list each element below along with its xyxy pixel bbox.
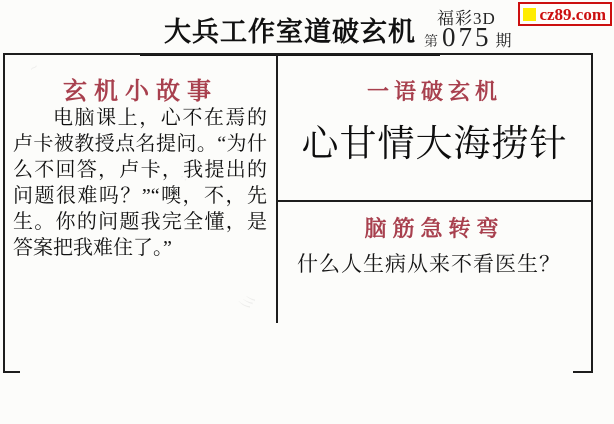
site-logo: cz89.com xyxy=(518,2,612,26)
issue-prefix: 第 xyxy=(424,31,438,51)
phrase-text: 心甘情大海捞针 xyxy=(278,113,591,167)
story-panel-body: 电脑课上，心不在焉的卢卡被教授点名提问。“为什么不回答，卢卡，我提出的问题很难吗… xyxy=(13,105,267,261)
page-title: 大兵工作室道破玄机 xyxy=(140,10,440,56)
phrase-panel-title: 一语破玄机 xyxy=(278,75,591,106)
frame-bottom-right-tick xyxy=(573,371,593,373)
issue-suffix: 期 xyxy=(496,28,512,51)
issue-number-block: 第 075 期 xyxy=(424,22,512,53)
content-frame: 玄机小故事 电脑课上，心不在焉的卢卡被教授点名提问。“为什么不回答，卢卡，我提出… xyxy=(3,53,593,371)
story-panel-title: 玄机小故事 xyxy=(5,71,276,106)
riddle-question: 什么人生病从来不看医生？ xyxy=(297,248,587,278)
frame-bottom-left-tick xyxy=(3,371,20,373)
horizontal-divider xyxy=(278,200,591,202)
issue-number: 075 xyxy=(442,22,492,53)
logo-square-icon xyxy=(523,8,536,21)
logo-text: cz89.com xyxy=(539,6,606,23)
riddle-panel-title: 脑筋急转弯 xyxy=(278,212,591,243)
